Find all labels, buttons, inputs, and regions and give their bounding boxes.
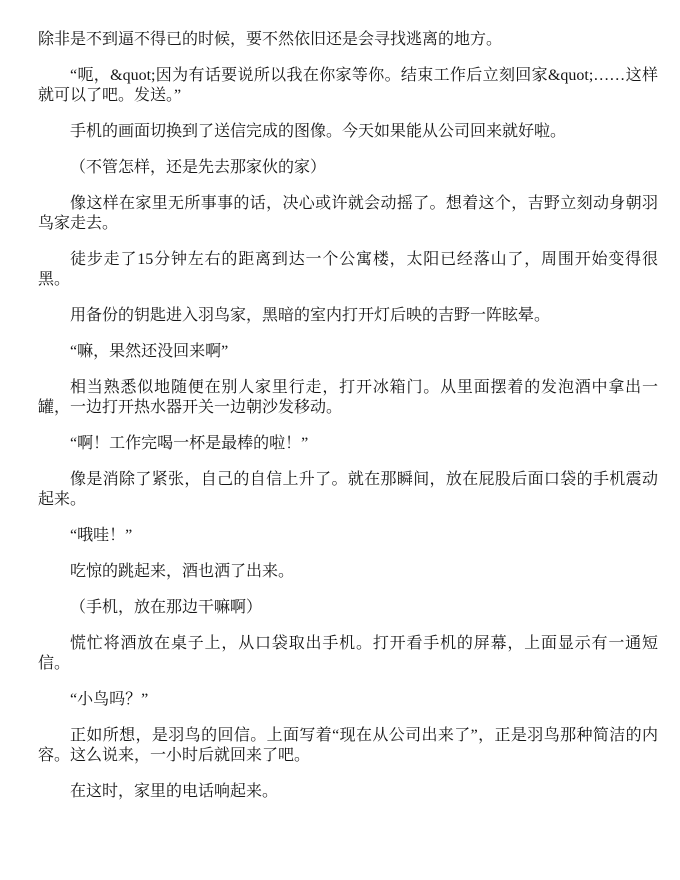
paragraph: 在这时，家里的电话响起来。 xyxy=(38,782,658,802)
paragraph: 徒步走了15分钟左右的距离到达一个公寓楼，太阳已经落山了，周围开始变得很黑。 xyxy=(38,250,658,290)
paragraph: 除非是不到逼不得已的时候，要不然依旧还是会寻找逃离的地方。 xyxy=(38,30,658,50)
paragraph: “哦哇！” xyxy=(38,526,658,546)
paragraph: “呃，&quot;因为有话要说所以我在你家等你。结束工作后立刻回家&quot;…… xyxy=(38,66,658,106)
paragraph: 像这样在家里无所事事的话，决心或许就会动摇了。想着这个，吉野立刻动身朝羽鸟家走去… xyxy=(38,194,658,234)
paragraph: 用备份的钥匙进入羽鸟家，黑暗的室内打开灯后映的吉野一阵眩晕。 xyxy=(38,306,658,326)
document-body: 除非是不到逼不得已的时候，要不然依旧还是会寻找逃离的地方。“呃，&quot;因为… xyxy=(38,30,658,818)
paragraph: “啊！工作完喝一杯是最棒的啦！” xyxy=(38,434,658,454)
paragraph: 手机的画面切换到了送信完成的图像。今天如果能从公司回来就好啦。 xyxy=(38,122,658,142)
paragraph: （不管怎样，还是先去那家伙的家） xyxy=(38,158,658,178)
paragraph: 正如所想，是羽鸟的回信。上面写着“现在从公司出来了”，正是羽鸟那种简洁的内容。这… xyxy=(38,726,658,766)
paragraph: （手机，放在那边干嘛啊） xyxy=(38,598,658,618)
paragraph: 吃惊的跳起来，酒也洒了出来。 xyxy=(38,562,658,582)
paragraph: 相当熟悉似地随便在别人家里行走，打开冰箱门。从里面摆着的发泡酒中拿出一罐，一边打… xyxy=(38,378,658,418)
paragraph: 像是消除了紧张，自己的自信上升了。就在那瞬间，放在屁股后面口袋的手机震动起来。 xyxy=(38,470,658,510)
paragraph: “嘛，果然还没回来啊” xyxy=(38,342,658,362)
paragraph: “小鸟吗？” xyxy=(38,690,658,710)
paragraph: 慌忙将酒放在桌子上，从口袋取出手机。打开看手机的屏幕，上面显示有一通短信。 xyxy=(38,634,658,674)
document-page: 除非是不到逼不得已的时候，要不然依旧还是会寻找逃离的地方。“呃，&quot;因为… xyxy=(0,0,680,880)
